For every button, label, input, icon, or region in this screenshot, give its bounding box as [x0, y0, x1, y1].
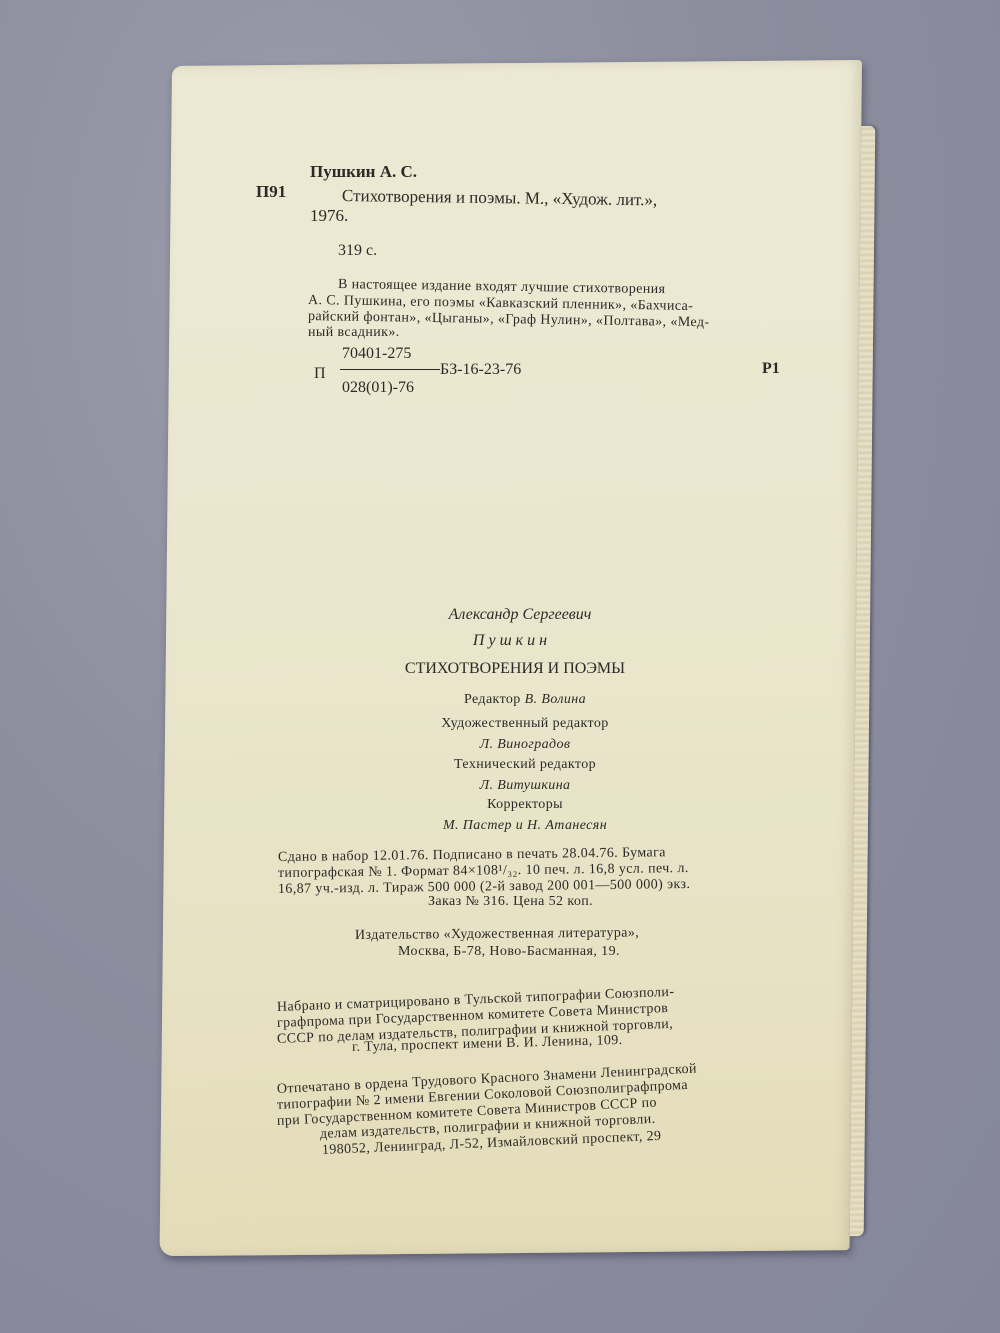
code-numerator: 70401-275 [342, 345, 411, 363]
catalog-author: Пушкин А. С. [310, 162, 417, 182]
tech-editor-role: Технический редактор [400, 757, 650, 773]
code-suffix: БЗ-16-23-76 [440, 361, 521, 379]
classification-code: Р1 [762, 360, 780, 378]
publisher-line-1: Издательство «Художественная литература»… [355, 926, 639, 944]
editor-credit: Редактор В. Волина [400, 692, 650, 708]
art-editor-role: Художественный редактор [400, 716, 650, 732]
code-fraction-line [340, 369, 440, 370]
code-denominator: 028(01)-76 [342, 379, 414, 397]
tech-editor-name: Л. Витушкина [400, 778, 650, 794]
catalog-pages: 319 с. [338, 242, 377, 260]
proofreaders-names: М. Пастер и Н. Атанесян [400, 818, 650, 834]
catalog-index-code: П91 [256, 182, 286, 202]
catalog-year: 1976. [310, 206, 348, 226]
book-title: СТИХОТВОРЕНИЯ И ПОЭМЫ [380, 660, 650, 678]
editor-role: Редактор [464, 692, 521, 707]
art-editor-name: Л. Виноградов [400, 737, 650, 753]
author-last-name: П у ш к и н [380, 632, 640, 650]
editor-name: В. Волина [525, 692, 586, 707]
annotation-line-4: ный всадник». [308, 325, 400, 341]
proofreaders-role: Корректоры [400, 797, 650, 813]
imprint-line-4: Заказ № 316. Цена 52 коп. [428, 894, 593, 910]
author-first-name: Александр Сергеевич [380, 606, 660, 624]
code-prefix: П [314, 365, 326, 383]
publisher-line-2: Москва, Б-78, Ново-Басманная, 19. [398, 944, 620, 960]
